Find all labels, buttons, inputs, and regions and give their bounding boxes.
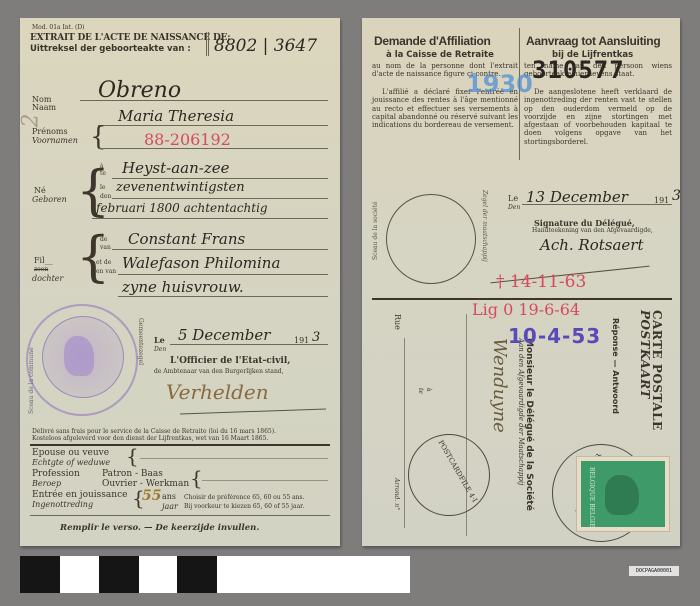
- father-prefix-fr: de: [100, 236, 107, 243]
- postage-stamp: BELGIQUE BELGIE: [576, 456, 670, 532]
- prenoms-label-fr: Prénoms: [32, 127, 68, 136]
- mother-value: Walefason Philomina: [122, 254, 280, 272]
- officer-title-nl: de Ambtenaar van den Burgerlijken stand,: [154, 368, 284, 375]
- violet-date-stamp: 10-4-53: [508, 324, 601, 348]
- entry-age-value: 55: [142, 488, 161, 504]
- color-scale-strip: [20, 556, 410, 593]
- red-annotation-reg: Lig 0 19-6-64: [472, 300, 580, 319]
- fil-label: Fil__: [34, 256, 53, 265]
- society-seal-circle: [386, 194, 476, 284]
- officer-title-fr: L'Officier de l'Etat-civil,: [170, 356, 290, 366]
- ne-label-fr: Né: [34, 186, 46, 195]
- mother-prefix-nl: en van: [96, 268, 116, 275]
- stamp-number-black: 310577: [532, 56, 625, 84]
- arrond-label: Arrond. n°: [393, 478, 400, 510]
- entry-label-nl: Ingenottreding: [32, 500, 93, 509]
- stamp-country: BELGIQUE BELGIE: [588, 467, 595, 528]
- issue-le: Le: [154, 336, 165, 345]
- postcard-fr: CARTE POSTALE: [650, 310, 664, 431]
- entry-note-fr: Choisir de préférence 65, 60 ou 55 ans.: [184, 494, 330, 501]
- title-fr: EXTRAIT DE L'ACTE DE NAISSANCE DE:: [30, 33, 230, 43]
- free-note-fr: Délivré sans frais pour le service de la…: [32, 428, 332, 435]
- spouse-label-fr: Epouse ou veuve: [32, 448, 109, 458]
- side-mark: 2: [20, 114, 44, 128]
- issue-year-suffix: 3: [312, 330, 320, 345]
- date-den: Den: [508, 204, 520, 211]
- mother-note: zyne huisvrouw.: [122, 278, 244, 296]
- profession-label-nl: Beroep: [32, 479, 61, 488]
- issue-den: Den: [154, 346, 166, 353]
- title-nl: Aanvraag tot Aansluiting: [526, 34, 660, 48]
- birth-extract-card: Mod. 01a Int. (D) EXTRAIT DE L'ACTE DE N…: [20, 18, 340, 546]
- entry-label-fr: Entrée en jouissance: [32, 490, 127, 500]
- spouse-label-nl: Echtgte of weduwe: [32, 458, 110, 467]
- seal-label-fr: Sceau de la société: [372, 201, 379, 260]
- birth-month-year-value: februari 1800 achtentachtig: [96, 201, 268, 215]
- model-ref: Mod. 01a Int. (D): [32, 24, 84, 31]
- date-le: Le: [508, 194, 518, 203]
- postcard-nl: POSTKAART: [638, 310, 652, 399]
- red-number: 88-206192: [144, 130, 231, 149]
- te-label: te: [417, 388, 424, 394]
- prenoms-label-nl: Voornamen: [32, 136, 78, 145]
- ne-label-nl: Geboren: [32, 195, 67, 204]
- title-fr: Demande d'Affiliation: [374, 34, 491, 48]
- seal-label: Sceau de la commune: [28, 347, 35, 414]
- birth-place-value: Heyst-aan-zee: [122, 159, 230, 177]
- place-prefix-a: à: [100, 163, 104, 170]
- birth-day-value: zevenentwintigsten: [116, 180, 245, 195]
- mother-prefix-fr: et de: [96, 259, 111, 266]
- father-prefix-nl: van: [100, 244, 111, 251]
- place-prefix-te: te: [100, 170, 106, 177]
- dochter-label: dochter: [32, 274, 63, 283]
- title-nl: Uittreksel der geboorteakte van :: [30, 44, 191, 54]
- entry-unit-fr: ans: [162, 492, 176, 501]
- delegate-signature: Ach. Rotsaert: [540, 236, 644, 254]
- lion-figure-icon: [64, 336, 94, 376]
- red-annotation-death: † 14-11-63: [496, 272, 586, 292]
- free-note-nl: Kosteloos afgeleverd voor den dienst der…: [32, 435, 332, 442]
- signature-title-nl: Handteekening van den Afgevaardigde,: [532, 227, 653, 234]
- prenoms-value: Maria Theresia: [118, 107, 234, 125]
- street-label: Rue: [393, 314, 402, 330]
- file-number: 8802 | 3647: [214, 36, 317, 56]
- reply-label: Réponse — Antwoord: [611, 318, 620, 414]
- issue-date-value: 5 December: [178, 326, 270, 344]
- profession-option-patron[interactable]: Patron - Baas: [102, 469, 163, 479]
- date-prefix-den: den: [100, 193, 111, 200]
- body-nl-2: De aangeslotene heeft verklaard de ingen…: [524, 88, 672, 146]
- footer-instruction: Remplir le verso. — De keerzijde invulle…: [60, 523, 259, 533]
- addressee-nl: Aan den Afgevaardigde der Maatschappij: [517, 338, 524, 485]
- reference-code: DOCPAGA00001: [629, 566, 679, 576]
- stamp-number-blue: 1930: [466, 70, 533, 98]
- profession-label-fr: Profession: [32, 469, 80, 479]
- entry-note-nl: Bij voorkeur te kiezen 65, 60 of 55 jaar…: [184, 503, 330, 510]
- affiliation-request-card: Demande d'Affiliation à la Caisse de Ret…: [362, 18, 680, 546]
- addressee-fr: Monsieur le Délégué de la Société: [524, 338, 534, 511]
- father-value: Constant Frans: [128, 230, 245, 248]
- seal-label-nl: Gemeentezegel: [137, 318, 144, 365]
- nom-label-nl: Naam: [32, 103, 56, 112]
- a-label: à: [425, 388, 432, 392]
- year-suffix: 3: [672, 188, 680, 204]
- subtitle-fr: à la Caisse de Retraite: [386, 50, 494, 60]
- stamp-lion-icon: BELGIQUE BELGIE: [581, 461, 665, 527]
- date-prefix-le: le: [100, 184, 105, 191]
- entry-unit-nl: jaar: [162, 502, 178, 511]
- seal-label-nl: Zegel der maatschappij: [481, 190, 488, 262]
- handwritten-address: Wenduyne: [489, 338, 510, 433]
- postmark-left: [408, 434, 490, 516]
- zoon-label: zoon: [34, 266, 48, 273]
- officer-signature: Verhelden: [166, 380, 269, 404]
